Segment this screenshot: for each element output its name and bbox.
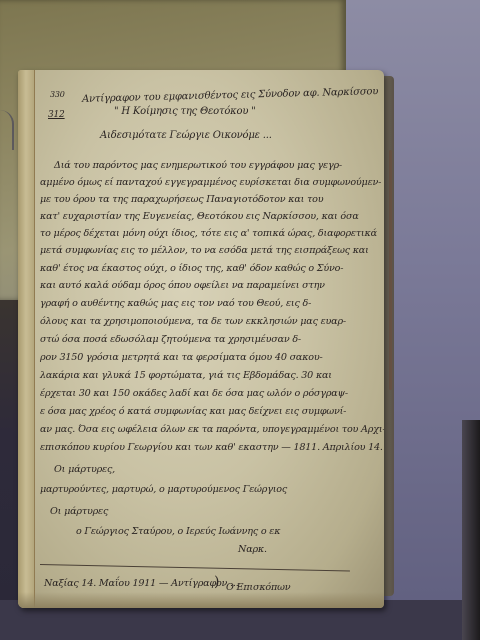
closing-signature: ο Γεώργιος Σταύρου, ο Ιερεύς Ιωάννης ο ε… bbox=[76, 526, 280, 537]
body-line: αμμένο όμως εί πανταχού εγγεγραμμένος ευ… bbox=[40, 177, 381, 188]
body-line: και αυτό καλά ούδαμ όρος όπου οφείλει να… bbox=[40, 280, 325, 291]
dark-object-edge bbox=[462, 420, 480, 640]
body-line: έρχεται 30 και 150 οκάδες λαδί και δε όσ… bbox=[40, 388, 348, 399]
page-bottom-edge bbox=[18, 592, 384, 608]
heading-line-1: Αντίγραφον του εμφανισθέντος εις Σύνοδον… bbox=[82, 86, 378, 105]
folio-number: 312 bbox=[48, 110, 65, 120]
body-line: λακάρια και γλυκά 15 φορτώματα, γιά τις … bbox=[40, 370, 332, 381]
manuscript-page: 330 312 Αντίγραφον του εμφανισθέντος εις… bbox=[18, 70, 384, 608]
page-fold-edge bbox=[18, 70, 35, 608]
body-line: όλους και τα χρησιμοποιούμενα, τα δε των… bbox=[40, 316, 346, 327]
heading-line-2: " Η Κοίμησις της Θεοτόκου " bbox=[114, 106, 256, 117]
footer-date-note: Ναξίας 14. Μαΐου 1911 — Αντίγραφον ... bbox=[44, 578, 239, 589]
body-line: μετά συμφωνίας εις το μέλλον, το να εσόδ… bbox=[40, 245, 369, 256]
body-line: καθ' έτος να έκαστος ούχι, ο ίδιος της, … bbox=[40, 263, 343, 274]
body-line: στώ όσα ποσά εδωσόλαμ ζητούμενα τα χρησι… bbox=[40, 334, 301, 345]
body-line: ρον 3150 γρόσια μετρητά και τα φερσίματα… bbox=[40, 352, 323, 363]
closing-witnesses: μαρτυρούντες, μαρτυρώ, ο μαρτυρούμενος Γ… bbox=[40, 484, 287, 495]
closing-salutation: Οι μάρτυρες, bbox=[54, 464, 115, 475]
folio-old-number: 330 bbox=[50, 90, 65, 99]
body-line: επισκόπου κυρίου Γεωργίου και των καθ' ε… bbox=[40, 442, 384, 453]
closing-signature-label: Οι μάρτυρες bbox=[50, 506, 108, 517]
closing-place: Ναρκ. bbox=[238, 544, 267, 555]
body-line: το μέρος δέχεται μόνη ούχι ίδιος, τότε ε… bbox=[40, 228, 377, 239]
body-line: γραφή ο αυθέντης καθώς μας εις τον ναό τ… bbox=[40, 298, 311, 309]
body-line: ε όσα μας χρέος ό κατά συμφωνίας και μας… bbox=[40, 406, 346, 417]
binding-string bbox=[389, 150, 392, 390]
heading-line-3: Αιδεσιμότατε Γεώργιε Οικονόμε ... bbox=[100, 130, 272, 141]
body-line: με του όρου τα της παραχωρήσεως Παναγιοτ… bbox=[40, 194, 323, 205]
footer-bracket: ) bbox=[214, 574, 219, 590]
ink-stroke-mark bbox=[0, 110, 14, 150]
body-line: αν μας. Όσα εις ωφέλεια όλων εκ τα παρόν… bbox=[40, 424, 384, 435]
body-line: κατ' ευχαριστίαν της Ευγενείας, Θεοτόκου… bbox=[40, 211, 359, 222]
divider-line bbox=[40, 564, 350, 571]
body-line: Διά του παρόντος μας ενημερωτικού του εγ… bbox=[54, 160, 342, 171]
